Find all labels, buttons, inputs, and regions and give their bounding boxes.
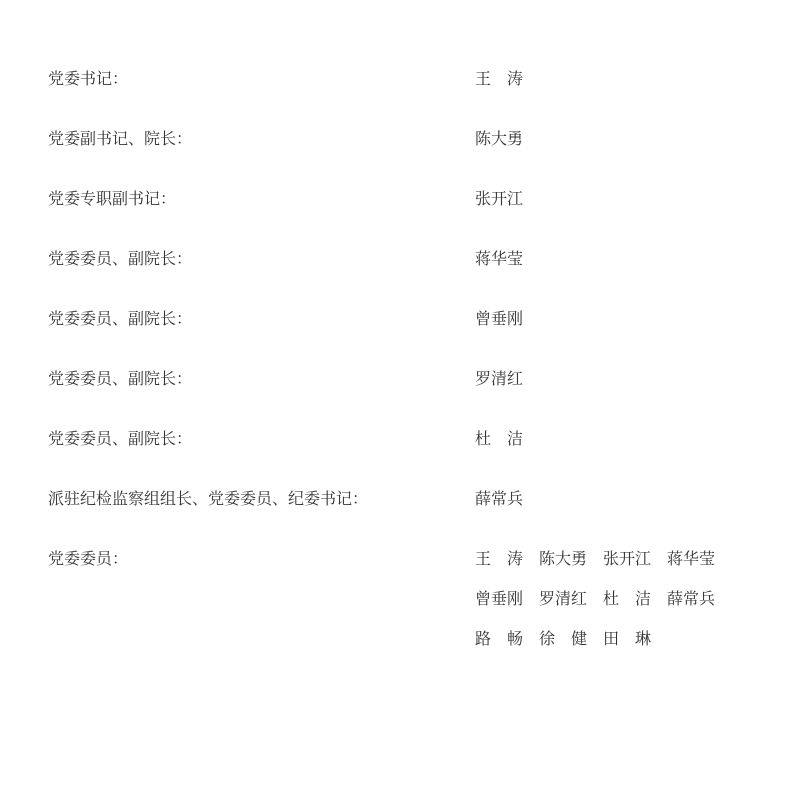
person-name: 蒋华莹 <box>475 230 523 290</box>
role-title: 党委委员、副院长： <box>0 290 192 350</box>
role-title: 党委书记： <box>0 50 128 110</box>
roster-row: 党委委员、副院长： 蒋华莹 <box>0 230 800 290</box>
person-name: 张开江 <box>475 170 523 230</box>
leadership-roster-page: 党委书记： 王 涛 党委副书记、院长： 陈大勇 党委专职副书记： 张开江 党委委… <box>0 0 800 800</box>
roster-row-committee-members: 党委委员： 王 涛 陈大勇 张开江 蒋华莹 曾垂刚 罗清红 杜 洁 薛常兵 路 … <box>0 530 800 680</box>
role-title: 党委副书记、院长： <box>0 110 192 170</box>
role-title: 党委专职副书记： <box>0 170 176 230</box>
person-name: 薛常兵 <box>475 470 523 530</box>
role-title: 派驻纪检监察组组长、党委委员、纪委书记： <box>0 470 368 530</box>
name-list-line: 曾垂刚 罗清红 杜 洁 薛常兵 <box>475 580 715 620</box>
role-title: 党委委员、副院长： <box>0 350 192 410</box>
person-name: 王 涛 <box>475 50 523 110</box>
roster-row: 党委委员、副院长： 杜 洁 <box>0 410 800 470</box>
person-name: 曾垂刚 <box>475 290 523 350</box>
name-list-line: 王 涛 陈大勇 张开江 蒋华莹 <box>475 540 715 580</box>
roster-row: 党委委员、副院长： 罗清红 <box>0 350 800 410</box>
committee-members-name-list: 王 涛 陈大勇 张开江 蒋华莹 曾垂刚 罗清红 杜 洁 薛常兵 路 畅 徐 健 … <box>475 540 715 660</box>
roster-row: 党委书记： 王 涛 <box>0 50 800 110</box>
role-title: 党委委员、副院长： <box>0 410 192 470</box>
name-list-line: 路 畅 徐 健 田 琳 <box>475 620 715 660</box>
roster-row: 党委委员、副院长： 曾垂刚 <box>0 290 800 350</box>
roster-row: 党委专职副书记： 张开江 <box>0 170 800 230</box>
role-title: 党委委员： <box>0 530 128 590</box>
roster-row: 党委副书记、院长： 陈大勇 <box>0 110 800 170</box>
person-name: 陈大勇 <box>475 110 523 170</box>
person-name: 杜 洁 <box>475 410 523 470</box>
role-title: 党委委员、副院长： <box>0 230 192 290</box>
roster-row: 派驻纪检监察组组长、党委委员、纪委书记： 薛常兵 <box>0 470 800 530</box>
person-name: 罗清红 <box>475 350 523 410</box>
